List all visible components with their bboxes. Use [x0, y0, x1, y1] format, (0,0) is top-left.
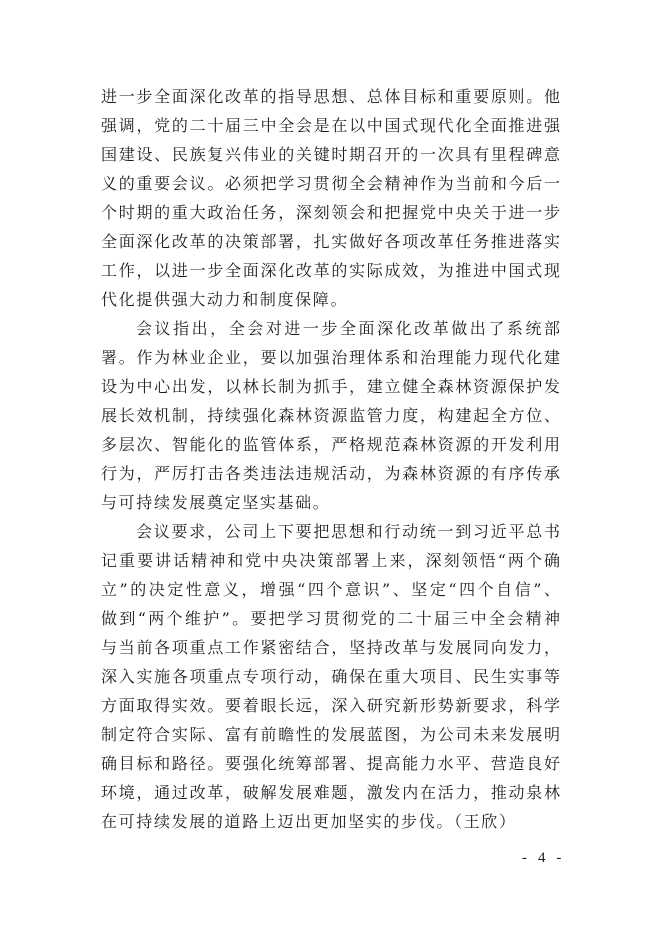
text-line: 与当前各项重点工作紧密结合，坚持改革与发展同向发力， — [101, 633, 560, 662]
text-line: 在可持续发展的道路上迈出更加坚实的步伐。（王欣） — [101, 807, 560, 836]
text-line: 义的重要会议。必须把学习贯彻全会精神作为当前和今后一 — [101, 169, 560, 198]
text-line: 个时期的重大政治任务，深刻领会和把握党中央关于进一步 — [101, 198, 560, 227]
text-line: 深入实施各项重点专项行动，确保在重大项目、民生实事等 — [101, 662, 560, 691]
text-line: 行为，严厉打击各类违法违规活动，为森林资源的有序传承 — [101, 459, 560, 488]
text-line: 署。作为林业企业，要以加强治理体系和治理能力现代化建 — [101, 343, 560, 372]
text-line: 确目标和路径。要强化统筹部署、提高能力水平、营造良好 — [101, 749, 560, 778]
text-line: 代化提供强大动力和制度保障。 — [101, 285, 560, 314]
text-line: 会议指出，全会对进一步全面深化改革做出了系统部 — [101, 314, 560, 343]
paragraph: 会议要求，公司上下要把思想和行动统一到习近平总书 记重要讲话精神和党中央决策部署… — [101, 517, 560, 836]
paragraph: 会议指出，全会对进一步全面深化改革做出了系统部 署。作为林业企业，要以加强治理体… — [101, 314, 560, 517]
text-line: 多层次、智能化的监管体系，严格规范森林资源的开发利用 — [101, 430, 560, 459]
document-page: 进一步全面深化改革的指导思想、总体目标和重要原则。他 强调，党的二十届三中全会是… — [0, 0, 661, 935]
text-line: 立”的决定性意义，增强“四个意识”、坚定“四个自信”、 — [101, 575, 560, 604]
text-line: 制定符合实际、富有前瞻性的发展蓝图，为公司未来发展明 — [101, 720, 560, 749]
text-line: 方面取得实效。要着眼长远，深入研究新形势新要求，科学 — [101, 691, 560, 720]
text-line: 强调，党的二十届三中全会是在以中国式现代化全面推进强 — [101, 111, 560, 140]
text-line: 记重要讲话精神和党中央决策部署上来，深刻领悟“两个确 — [101, 546, 560, 575]
text-line: 会议要求，公司上下要把思想和行动统一到习近平总书 — [101, 517, 560, 546]
text-line: 环境，通过改革，破解发展难题，激发内在活力，推动泉林 — [101, 778, 560, 807]
body-text: 进一步全面深化改革的指导思想、总体目标和重要原则。他 强调，党的二十届三中全会是… — [101, 82, 560, 836]
paragraph: 进一步全面深化改革的指导思想、总体目标和重要原则。他 强调，党的二十届三中全会是… — [101, 82, 560, 314]
text-line: 全面深化改革的决策部署，扎实做好各项改革任务推进落实 — [101, 227, 560, 256]
text-line: 展长效机制，持续强化森林资源监管力度，构建起全方位、 — [101, 401, 560, 430]
text-line: 工作，以进一步全面深化改革的实际成效，为推进中国式现 — [101, 256, 560, 285]
text-line: 设为中心出发，以林长制为抓手，建立健全森林资源保护发 — [101, 372, 560, 401]
text-line: 国建设、民族复兴伟业的关键时期召开的一次具有里程碑意 — [101, 140, 560, 169]
text-line: 进一步全面深化改革的指导思想、总体目标和重要原则。他 — [101, 82, 560, 111]
text-line: 与可持续发展奠定坚实基础。 — [101, 488, 560, 517]
page-number: - 4 - — [522, 848, 565, 868]
text-line: 做到“两个维护”。要把学习贯彻党的二十届三中全会精神 — [101, 604, 560, 633]
